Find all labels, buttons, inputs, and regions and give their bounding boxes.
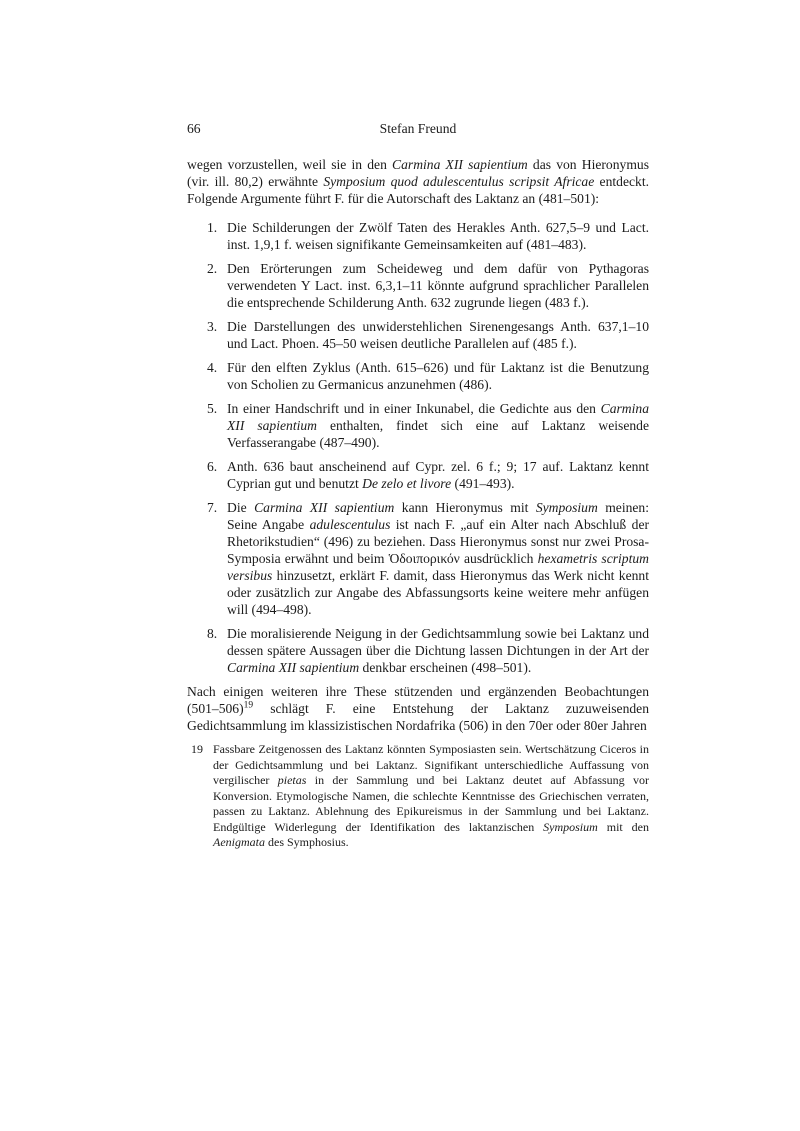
list-item-text: Die Carmina XII sapientium kann Hieronym… xyxy=(227,500,649,617)
list-item-number: 2. xyxy=(207,260,217,277)
list-item-number: 7. xyxy=(207,499,217,516)
list-item-text: Die moralisierende Neigung in der Gedich… xyxy=(227,626,649,675)
list-item-number: 5. xyxy=(207,400,217,417)
running-title: Stefan Freund xyxy=(380,120,457,137)
footnote-text: Fassbare Zeitgenossen des Laktanz könnte… xyxy=(213,742,649,849)
list-item-number: 6. xyxy=(207,458,217,475)
text-block: 66 Stefan Freund wegen vorzustellen, wei… xyxy=(187,120,649,851)
list-item-text: Die Schilderungen der Zwölf Taten des He… xyxy=(227,220,649,252)
list-item: 4. Für den elften Zyklus (Anth. 615–626)… xyxy=(187,359,649,393)
list-item-text: Anth. 636 baut anscheinend auf Cypr. zel… xyxy=(227,459,649,491)
list-item-text: Den Erörterungen zum Scheideweg und dem … xyxy=(227,261,649,310)
footnote: 19 Fassbare Zeitgenossen des Laktanz kön… xyxy=(187,742,649,851)
list-item: 5. In einer Handschrift und in einer Ink… xyxy=(187,400,649,451)
list-item: 8. Die moralisierende Neigung in der Ged… xyxy=(187,625,649,676)
list-item-number: 3. xyxy=(207,318,217,335)
list-item: 1. Die Schilderungen der Zwölf Taten des… xyxy=(187,219,649,253)
closing-paragraph: Nach einigen weiteren ihre These stützen… xyxy=(187,683,649,734)
list-item-number: 1. xyxy=(207,219,217,236)
list-item-text: Die Darstellungen des unwiderstehlichen … xyxy=(227,319,649,351)
list-item: 7. Die Carmina XII sapientium kann Hiero… xyxy=(187,499,649,618)
list-item-number: 4. xyxy=(207,359,217,376)
list-item: 2. Den Erörterungen zum Scheideweg und d… xyxy=(187,260,649,311)
list-item: 6. Anth. 636 baut anscheinend auf Cypr. … xyxy=(187,458,649,492)
list-item-text: Für den elften Zyklus (Anth. 615–626) un… xyxy=(227,360,649,392)
list-item-number: 8. xyxy=(207,625,217,642)
list-item: 3. Die Darstellungen des unwiderstehlich… xyxy=(187,318,649,352)
intro-paragraph: wegen vorzustellen, weil sie in den Carm… xyxy=(187,156,649,207)
running-header: 66 Stefan Freund xyxy=(187,120,649,137)
argument-list: 1. Die Schilderungen der Zwölf Taten des… xyxy=(187,219,649,676)
footnote-number: 19 xyxy=(191,742,203,758)
page-number: 66 xyxy=(187,120,201,137)
list-item-text: In einer Handschrift und in einer Inkuna… xyxy=(227,401,649,450)
document-page: 66 Stefan Freund wegen vorzustellen, wei… xyxy=(0,0,800,1131)
